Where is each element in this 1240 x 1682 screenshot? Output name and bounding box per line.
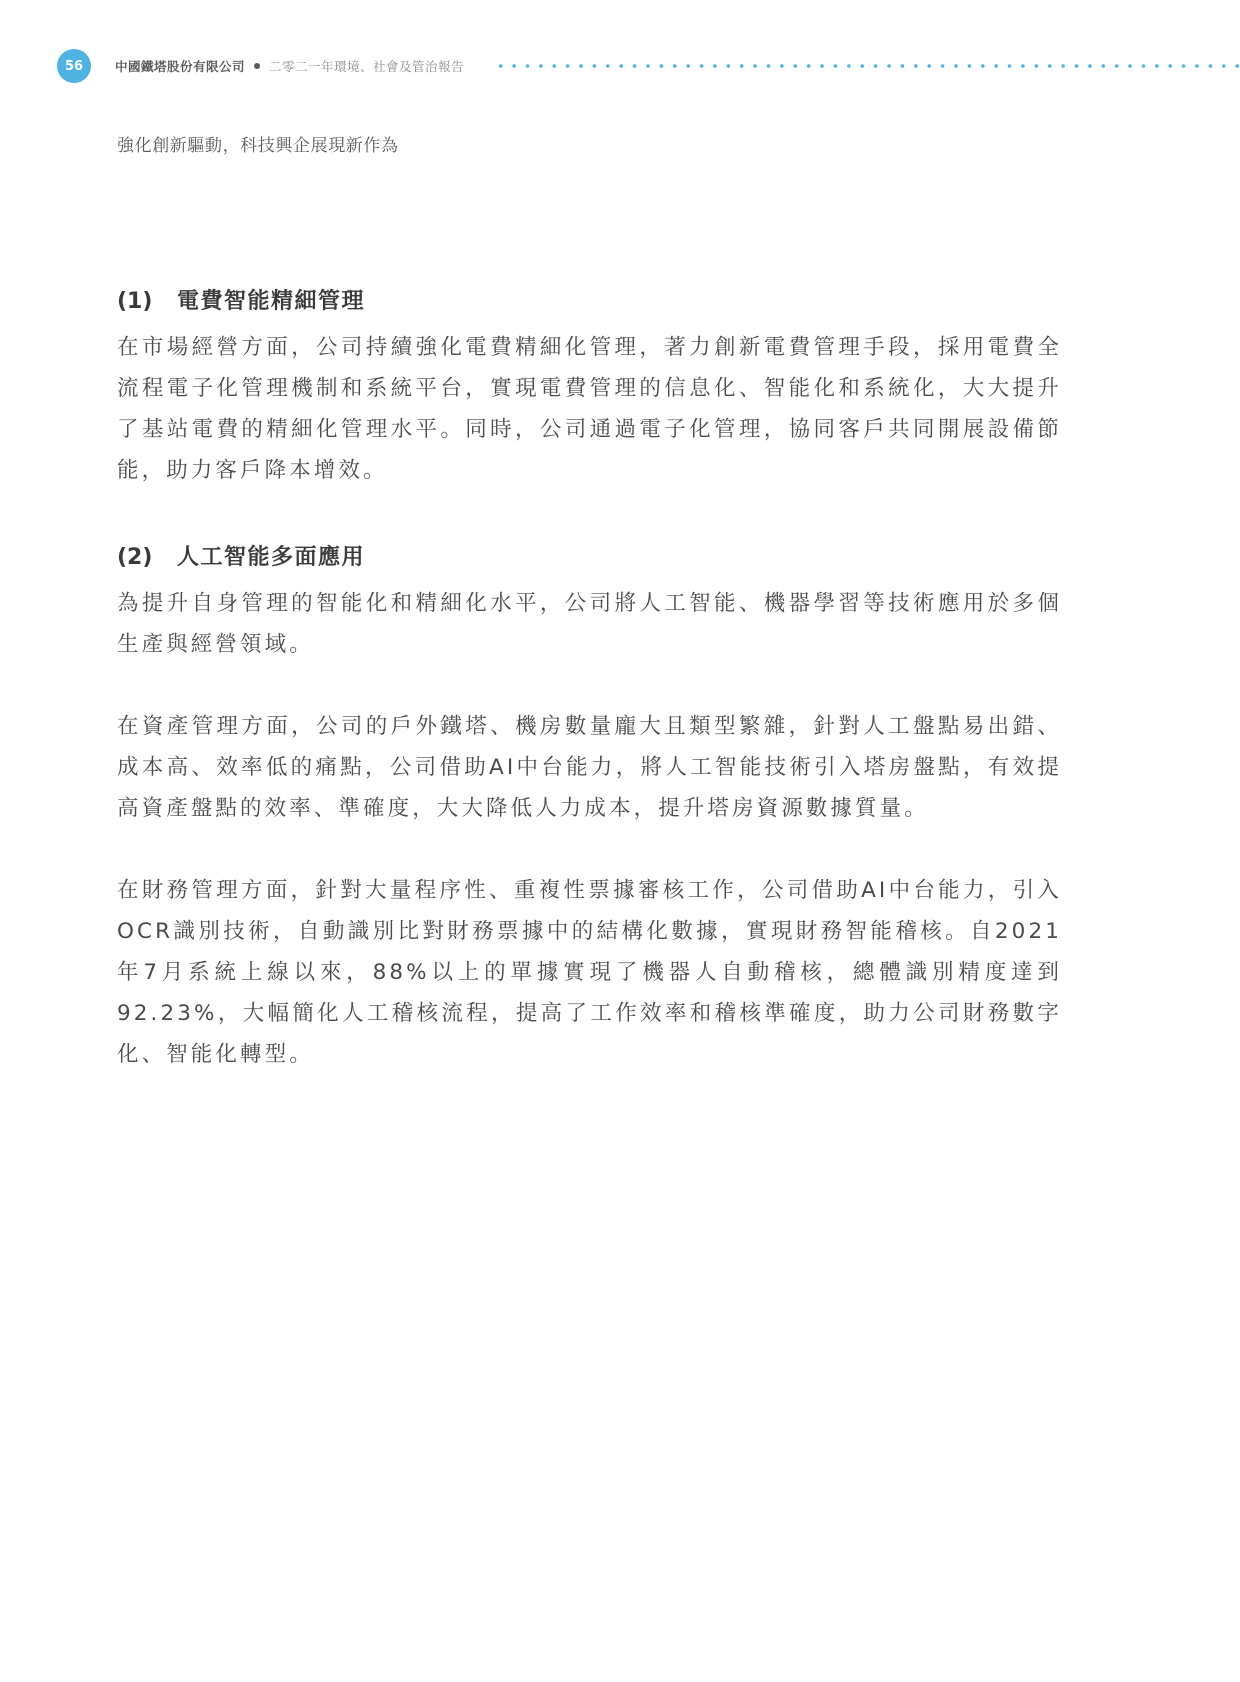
section-heading-2: (2)人工智能多面應用	[117, 541, 1062, 575]
paragraph: 為提升自身管理的智能化和精細化水平，公司將人工智能、機器學習等技術應用於多個生產…	[117, 583, 1062, 665]
section-label: 強化創新驅動，科技興企展現新作為	[117, 131, 399, 156]
paragraph: 在資產管理方面，公司的戶外鐵塔、機房數量龐大且類型繁雜，針對人工盤點易出錯、成本…	[117, 706, 1062, 829]
section-number: (1)	[117, 285, 177, 319]
document-body: (1)電費智能精細管理 在市場經營方面，公司持續強化電費精細化管理，著力創新電費…	[117, 285, 1062, 1075]
bullet-separator-icon	[254, 63, 260, 69]
page-number-badge: 56	[57, 49, 91, 83]
report-title: 二零二一年環境、社會及管治報告	[269, 57, 464, 75]
paragraph: 在財務管理方面，針對大量程序性、重複性票據審核工作，公司借助AI中台能力，引入O…	[117, 870, 1062, 1075]
section-title: 電費智能精細管理	[177, 289, 365, 314]
section-title: 人工智能多面應用	[177, 545, 365, 570]
paragraph: 在市場經營方面，公司持續強化電費精細化管理，著力創新電費管理手段，採用電費全流程…	[117, 327, 1062, 491]
dotted-rule-divider	[494, 64, 1240, 68]
section-number: (2)	[117, 541, 177, 575]
section-heading-1: (1)電費智能精細管理	[117, 285, 1062, 319]
page-header: 56 中國鐵塔股份有限公司 二零二一年環境、社會及管治報告	[57, 49, 1240, 83]
company-name: 中國鐵塔股份有限公司	[115, 57, 245, 75]
